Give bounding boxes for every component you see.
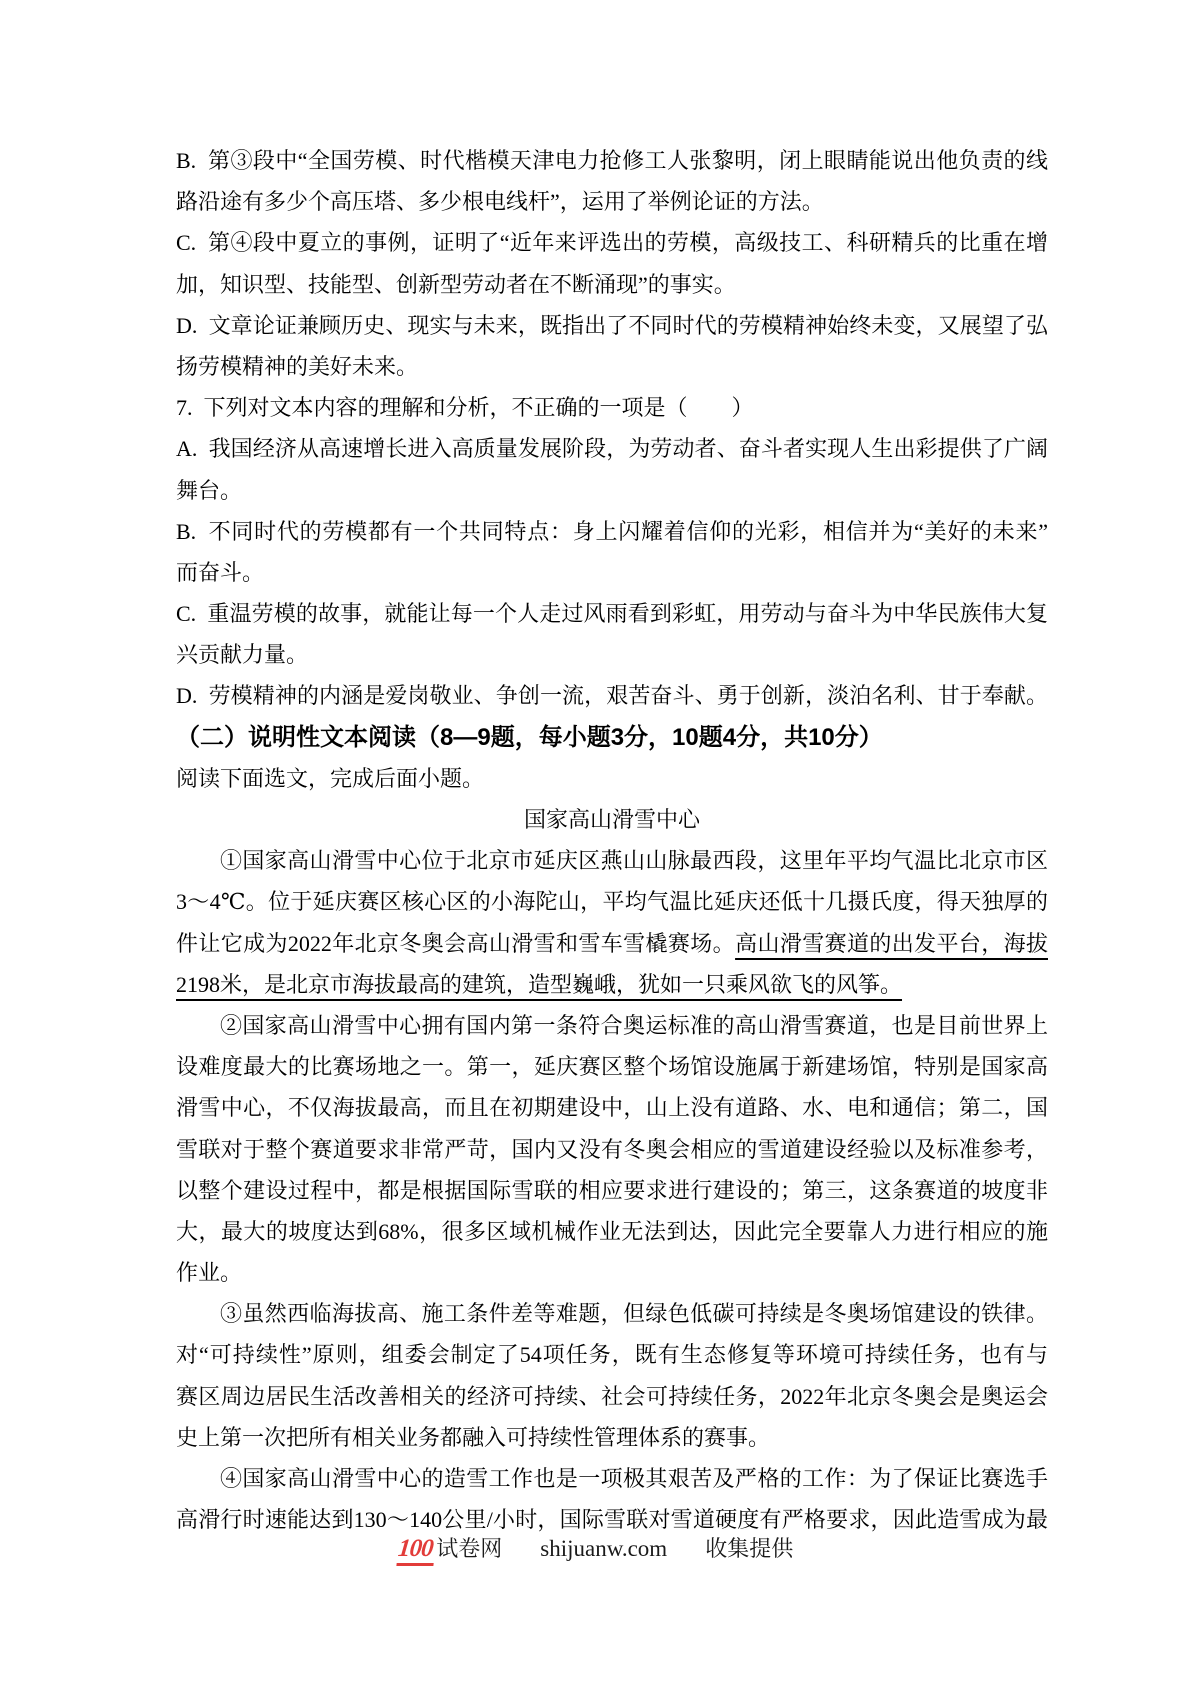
question-7-stem: 7. 下列对文本内容的理解和分析，不正确的一项是（ ） bbox=[176, 387, 1048, 428]
para-1-line-3-plain: 件让它成为2022年北京冬奥会高山滑雪和雪车雪橇赛场。 bbox=[176, 931, 735, 956]
para-1-line-2: 3～4℃。位于延庆赛区核心区的小海陀山，平均气温比延庆还低十几摄氏度，得天独厚的… bbox=[176, 881, 1048, 922]
para-3-line-3: 赛区周边居民生活改善相关的经济可持续、社会可持续任务，2022年北京冬奥会是奥运… bbox=[176, 1376, 1048, 1417]
para-1-line-4: 2198米，是北京市海拔最高的建筑，造型巍峨，犹如一只乘风欲飞的风筝。 bbox=[176, 964, 1048, 1005]
q7-option-a-line-1: A. 我国经济从高速增长进入高质量发展阶段，为劳动者、奋斗者实现人生出彩提供了广… bbox=[176, 428, 1048, 469]
site-domain-text: shijuanw.com bbox=[540, 1536, 667, 1562]
para-1-line-3-underlined-text: 高山滑雪赛道的出发平台，海拔 bbox=[735, 931, 1048, 956]
section-2-heading: （二）说明性文本阅读（8—9题，每小题3分，10题4分，共10分） bbox=[176, 717, 1048, 758]
logo-100-icon: 100 bbox=[396, 1535, 436, 1566]
page-content: B. 第③段中“全国劳模、时代楷模天津电力抢修工人张黎明，闭上眼睛能说出他负责的… bbox=[176, 140, 1048, 1540]
reading-instruction: 阅读下面选文，完成后面小题。 bbox=[176, 758, 1048, 799]
option-d-line-1: D. 文章论证兼顾历史、现实与未来，既指出了不同时代的劳模精神始终未变，又展望了… bbox=[176, 305, 1048, 346]
q7-option-a-line-2: 舞台。 bbox=[176, 470, 1048, 511]
logo-site-name: 试卷网 bbox=[436, 1532, 502, 1563]
q7-option-c-line-2: 兴贡献力量。 bbox=[176, 634, 1048, 675]
page-footer: 100 试卷网 shijuanw.com 收集提供 bbox=[0, 1532, 1191, 1566]
para-2-line-2: 设难度最大的比赛场地之一。第一，延庆赛区整个场馆设施属于新建场馆，特别是国家高山 bbox=[176, 1046, 1048, 1087]
q7-option-b-line-2: 而奋斗。 bbox=[176, 552, 1048, 593]
option-d-line-2: 扬劳模精神的美好未来。 bbox=[176, 346, 1048, 387]
option-c-line-2: 加，知识型、技能型、创新型劳动者在不断涌现”的事实。 bbox=[176, 264, 1048, 305]
para-2-line-4: 雪联对于整个赛道要求非常严苛，国内又没有冬奥会相应的雪道建设经验以及标准参考，所 bbox=[176, 1129, 1048, 1170]
shijuanw-logo: 100 试卷网 bbox=[398, 1532, 503, 1566]
para-4-line-1: ④国家高山滑雪中心的造雪工作也是一项极其艰苦及严格的工作：为了保证比赛选手最 bbox=[176, 1458, 1048, 1499]
footer-note: 收集提供 bbox=[705, 1532, 793, 1563]
option-c-line-1: C. 第④段中夏立的事例，证明了“近年来评选出的劳模，高级技工、科研精兵的比重在… bbox=[176, 222, 1048, 263]
para-2-line-6: 大，最大的坡度达到68%，很多区域机械作业无法到达，因此完全要靠人力进行相应的施… bbox=[176, 1211, 1048, 1252]
para-2-line-5: 以整个建设过程中，都是根据国际雪联的相应要求进行建设的；第三，这条赛道的坡度非常 bbox=[176, 1170, 1048, 1211]
q7-option-c-line-1: C. 重温劳模的故事，就能让每一个人走过风雨看到彩虹，用劳动与奋斗为中华民族伟大… bbox=[176, 593, 1048, 634]
q7-option-b-line-1: B. 不同时代的劳模都有一个共同特点：身上闪耀着信仰的光彩，相信并为“美好的未来… bbox=[176, 511, 1048, 552]
para-3-line-1: ③虽然西临海拔高、施工条件差等难题，但绿色低碳可持续是冬奥场馆建设的铁律。针 bbox=[176, 1293, 1048, 1334]
para-1-line-4-underlined-text: 2198米，是北京市海拔最高的建筑，造型巍峨，犹如一只乘风欲飞的风筝。 bbox=[176, 972, 902, 997]
para-3-line-4: 史上第一次把所有相关业务都融入可持续性管理体系的赛事。 bbox=[176, 1417, 1048, 1458]
para-2-line-7: 作业。 bbox=[176, 1252, 1048, 1293]
document-page: B. 第③段中“全国劳模、时代楷模天津电力抢修工人张黎明，闭上眼睛能说出他负责的… bbox=[0, 0, 1191, 1684]
para-2-line-3: 滑雪中心，不仅海拔最高，而且在初期建设中，山上没有道路、水、电和通信；第二，国际 bbox=[176, 1087, 1048, 1128]
para-1-line-1: ①国家高山滑雪中心位于北京市延庆区燕山山脉最西段，这里年平均气温比北京市区低 bbox=[176, 840, 1048, 881]
option-b-line-2: 路沿途有多少个高压塔、多少根电线杆”，运用了举例论证的方法。 bbox=[176, 181, 1048, 222]
para-3-line-2: 对“可持续性”原则，组委会制定了54项任务，既有生态修复等环境可持续任务，也有与 bbox=[176, 1334, 1048, 1375]
option-b-line-1: B. 第③段中“全国劳模、时代楷模天津电力抢修工人张黎明，闭上眼睛能说出他负责的… bbox=[176, 140, 1048, 181]
passage-title: 国家高山滑雪中心 bbox=[176, 799, 1048, 840]
para-1-line-3: 件让它成为2022年北京冬奥会高山滑雪和雪车雪橇赛场。高山滑雪赛道的出发平台，海… bbox=[176, 923, 1048, 964]
para-2-line-1: ②国家高山滑雪中心拥有国内第一条符合奥运标准的高山滑雪赛道，也是目前世界上建 bbox=[176, 1005, 1048, 1046]
q7-option-d-line-1: D. 劳模精神的内涵是爱岗敬业、争创一流，艰苦奋斗、勇于创新，淡泊名利、甘于奉献… bbox=[176, 675, 1048, 716]
